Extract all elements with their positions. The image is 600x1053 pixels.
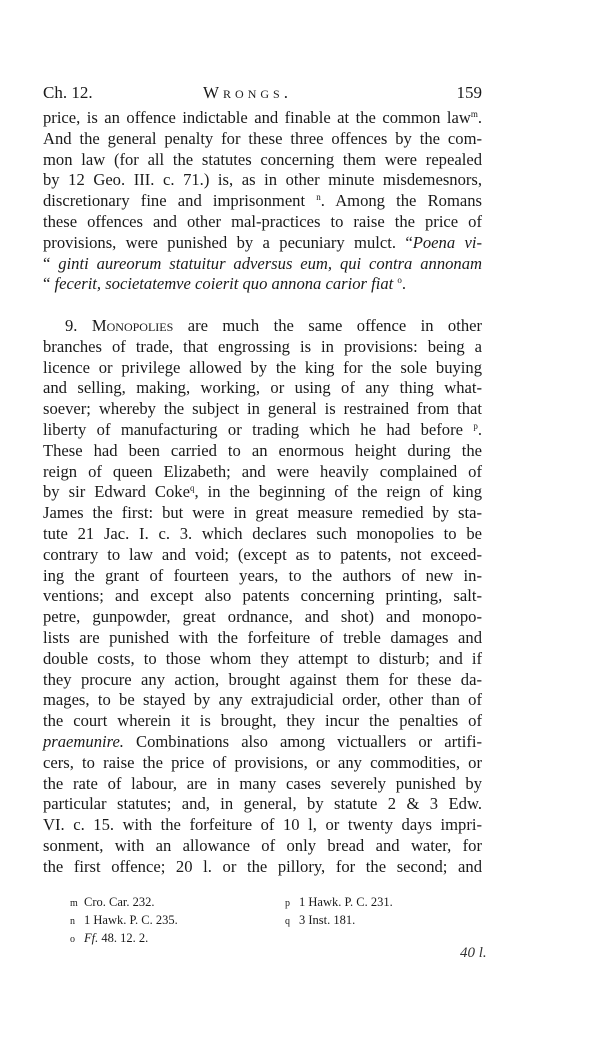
text-line: licence or privilege allowed by the king…	[43, 358, 482, 379]
text-line: particular statutes; and, in general, by…	[43, 794, 482, 815]
footnote-p: p1 Hawk. P. C. 231.	[285, 894, 393, 912]
text-line: these offences and other mal-practices t…	[43, 212, 482, 233]
text-line: sonment, with an allowance of only bread…	[43, 836, 482, 857]
text-line: These had been carried to an enormous he…	[43, 441, 482, 462]
text-line: James the first: but were in great measu…	[43, 503, 482, 524]
section-number: 9.	[65, 316, 77, 335]
footnotes-left-column: mCro. Car. 232. n1 Hawk. P. C. 235. oFf.…	[70, 894, 178, 948]
text-line: double costs, to those whom they attempt…	[43, 649, 482, 670]
text-line: price, is an offence indictable and fina…	[43, 108, 482, 129]
quote-line: “ fecerit, societatemve coierit quo anno…	[43, 274, 482, 295]
chapter-label: Ch. 12.	[43, 82, 93, 104]
paragraph-monopolies: 9. Monopolies are much the same offence …	[43, 316, 482, 878]
text-line: VI. c. 15. with the forfeiture of 10 l, …	[43, 815, 482, 836]
text-line: reign of queen Elizabeth; and were heavi…	[43, 462, 482, 483]
text-line: they procure any action, brought against…	[43, 670, 482, 691]
paragraph-continued: price, is an offence indictable and fina…	[43, 108, 482, 295]
text-line: lists are punished with the forfeiture o…	[43, 628, 482, 649]
book-page: Ch. 12. Wrongs. 159 price, is an offence…	[0, 0, 600, 1053]
text-line: soever; whereby the subject in general i…	[43, 399, 482, 420]
text-line: petre, gunpowder, great ordnance, and sh…	[43, 607, 482, 628]
text-line: cers, to raise the price of provisions, …	[43, 753, 482, 774]
text-line: mages, to be stayed by any extrajudicial…	[43, 690, 482, 711]
text-line: praemunire. Combinations also among vict…	[43, 732, 482, 753]
text-line: ing the grant of fourteen years, to the …	[43, 566, 482, 587]
running-head: Ch. 12. Wrongs. 159	[43, 82, 482, 104]
text-line: 9. Monopolies are much the same offence …	[43, 316, 482, 337]
text-line: the rate of labour, are in many cases se…	[43, 774, 482, 795]
text-line: by sir Edward Cokeq, in the beginning of…	[43, 482, 482, 503]
catchword-annotation: 40 l.	[460, 945, 487, 962]
text-line: ventions; and except also patents concer…	[43, 586, 482, 607]
footnote-q: q3 Inst. 181.	[285, 912, 393, 930]
page-title: Wrongs.	[203, 82, 292, 104]
page-number: 159	[457, 82, 483, 104]
text-line: And the general penalty for these three …	[43, 129, 482, 150]
footnote-o: oFf. 48. 12. 2.	[70, 930, 178, 948]
text-line: branches of trade, that engrossing is in…	[43, 337, 482, 358]
section-keyword: Monopolies	[92, 316, 173, 335]
text-line: discretionary fine and imprisonment n. A…	[43, 191, 482, 212]
text-line: and selling, making, working, or using o…	[43, 378, 482, 399]
text-line: tute 21 Jac. I. c. 3. which declares suc…	[43, 524, 482, 545]
text-line: the first offence; 20 l. or the pillory,…	[43, 857, 482, 878]
text-line: provisions, were punished by a pecuniary…	[43, 233, 482, 254]
text-line: contrary to law and void; (except as to …	[43, 545, 482, 566]
footnote-n: n1 Hawk. P. C. 235.	[70, 912, 178, 930]
footnotes-right-column: p1 Hawk. P. C. 231. q3 Inst. 181.	[285, 894, 393, 930]
text-line: liberty of manufacturing or trading whic…	[43, 420, 482, 441]
text-line: mon law (for all the statutes concerning…	[43, 150, 482, 171]
text-line: the court wherein it is brought, they in…	[43, 711, 482, 732]
footnote-ref-m: m	[471, 109, 478, 119]
text-line: by 12 Geo. III. c. 71.) is, as in other …	[43, 170, 482, 191]
quote-line: “ ginti aureorum statuitur adversus eum,…	[43, 254, 482, 275]
footnote-m: mCro. Car. 232.	[70, 894, 178, 912]
